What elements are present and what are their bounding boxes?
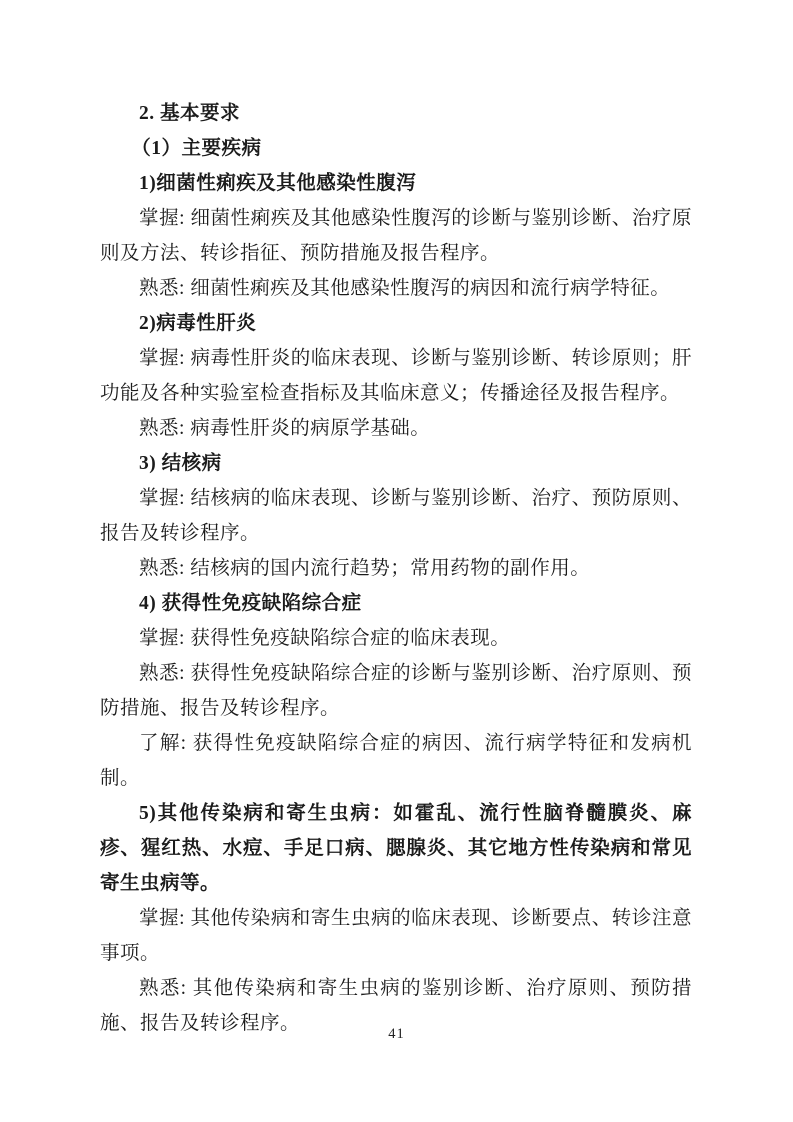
heading-main-diseases: （1）主要疾病 <box>100 131 692 166</box>
heading-basic-requirements: 2. 基本要求 <box>100 96 692 131</box>
section-5-title: 5)其他传染病和寄生虫病：如霍乱、流行性脑脊髓膜炎、麻疹、猩红热、水痘、手足口病… <box>100 796 692 901</box>
section-2-paragraph-master: 掌握: 病毒性肝炎的临床表现、诊断与鉴别诊断、转诊原则；肝功能及各种实验室检查指… <box>100 341 692 411</box>
section-1-paragraph-master: 掌握: 细菌性痢疾及其他感染性腹泻的诊断与鉴别诊断、治疗原则及方法、转诊指征、预… <box>100 201 692 271</box>
section-1-paragraph-familiar: 熟悉: 细菌性痢疾及其他感染性腹泻的病因和流行病学特征。 <box>100 271 692 306</box>
section-5-paragraph-master: 掌握: 其他传染病和寄生虫病的临床表现、诊断要点、转诊注意事项。 <box>100 901 692 971</box>
document-body: 2. 基本要求 （1）主要疾病 1)细菌性痢疾及其他感染性腹泻 掌握: 细菌性痢… <box>100 96 692 1041</box>
section-2-paragraph-familiar: 熟悉: 病毒性肝炎的病原学基础。 <box>100 411 692 446</box>
document-page: 2. 基本要求 （1）主要疾病 1)细菌性痢疾及其他感染性腹泻 掌握: 细菌性痢… <box>0 0 793 1122</box>
section-2-title: 2)病毒性肝炎 <box>100 306 692 341</box>
section-4-paragraph-master: 掌握: 获得性免疫缺陷综合症的临床表现。 <box>100 621 692 656</box>
section-3-title: 3) 结核病 <box>100 446 692 481</box>
section-4-paragraph-familiar: 熟悉: 获得性免疫缺陷综合症的诊断与鉴别诊断、治疗原则、预防措施、报告及转诊程序… <box>100 656 692 726</box>
section-1-title: 1)细菌性痢疾及其他感染性腹泻 <box>100 166 692 201</box>
section-3-paragraph-familiar: 熟悉: 结核病的国内流行趋势；常用药物的副作用。 <box>100 551 692 586</box>
section-4-title: 4) 获得性免疫缺陷综合症 <box>100 586 692 621</box>
page-number: 41 <box>0 1024 793 1044</box>
section-4-paragraph-understand: 了解: 获得性免疫缺陷综合症的病因、流行病学特征和发病机制。 <box>100 726 692 796</box>
section-3-paragraph-master: 掌握: 结核病的临床表现、诊断与鉴别诊断、治疗、预防原则、报告及转诊程序。 <box>100 481 692 551</box>
